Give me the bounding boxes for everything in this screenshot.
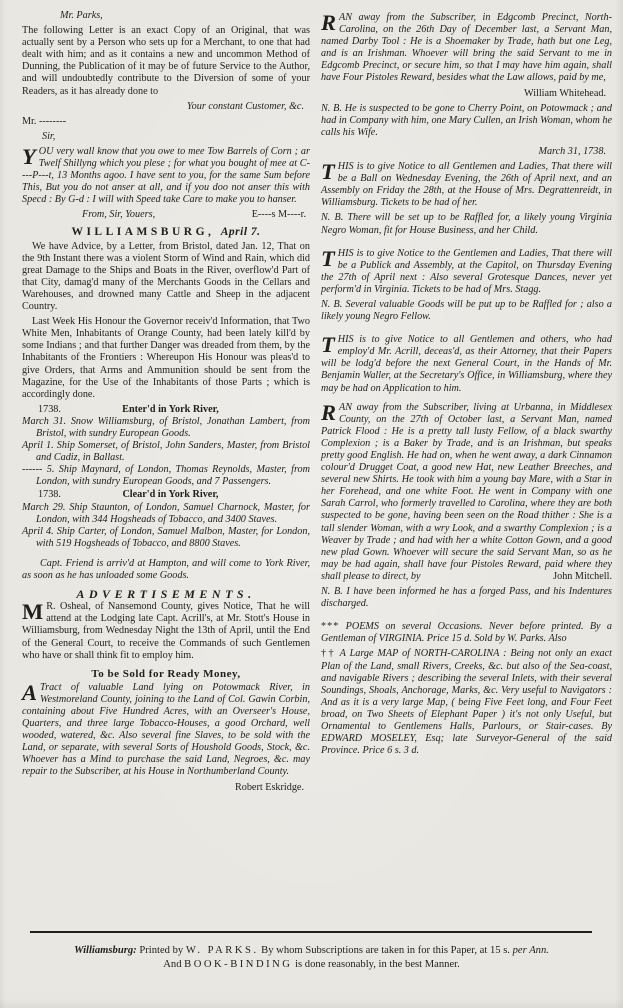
imprint-printedby: Printed by (139, 945, 183, 956)
ship-entry: March 29. Ship Staunton, of London, Samu… (22, 502, 310, 526)
intro-signoff-text: Your constant Customer, &c. (187, 101, 304, 112)
dateline-city: WILLIAMSBURG, (71, 226, 214, 238)
dropcap-T: T (321, 248, 338, 268)
entered-year: 1738. (22, 404, 61, 416)
sale-signature: Robert Eskridge. (22, 782, 310, 794)
letter-salutation: Sir, (22, 131, 310, 143)
poems-advert: *** POEMS on several Occasions. Never be… (321, 621, 612, 645)
ball-dateline: March 31, 1738. (321, 146, 612, 158)
dagger-mark: †† (321, 648, 336, 659)
imprint-place: Williamsburg: (74, 945, 137, 956)
dropcap-M: M (22, 601, 46, 621)
imprint-line2-rest: is done reasonably, in the best Manner. (295, 959, 460, 970)
editor-intro-paragraph: The following Letter is an exact Copy of… (22, 25, 310, 98)
runaway1-signature: William Whitehead. (321, 88, 612, 100)
ship-entry: ------ 5. Ship Maynard, of London, Thoma… (22, 464, 310, 488)
letter-signature-text: E----s M----r. (252, 209, 310, 221)
runaway2-text: AN away from the Subscriber, living at U… (321, 402, 612, 582)
intro-signoff: Your constant Customer, &c. (22, 101, 310, 113)
letter-signature-row: From, Sir, Youers, E----s M----r. (22, 209, 310, 221)
runaway2-signature-text: John Mitchell. (553, 571, 612, 583)
capt-friend-note: Capt. Friend is arriv'd at Hampton, and … (22, 558, 310, 582)
land-sale-notice: ATract of valuable Land lying on Potowma… (22, 682, 310, 779)
cleared-title: Clear'd in York River, (61, 489, 310, 501)
news-storm-paragraph: We have Advice, by a Letter, from Bristo… (22, 241, 310, 314)
williamsburg-dateline: WILLIAMSBURG, April 7. (22, 226, 310, 238)
assembly-text: HIS is to give Notice to the Gentlemen a… (321, 248, 612, 295)
entered-heading-row: 1738. Enter'd in York River, (22, 404, 310, 416)
spacer (22, 550, 310, 558)
ship-entry: March 31. Snow Williamsburg, of Bristol,… (22, 416, 310, 440)
addressee-text: Mr. Parks, (60, 10, 103, 21)
letter-addressee: Mr. Parks, (22, 10, 310, 22)
news-governor-paragraph: Last Week His Honour the Governor receiv… (22, 316, 310, 401)
imprint-bookbinding: BOOK-BINDING (184, 959, 292, 970)
runaway-notice-darby-tool: RAN away from the Subscriber, in Edgcomb… (321, 12, 612, 85)
dropcap-R: R (321, 402, 339, 422)
acrill-notice: THIS is to give Notice to all Gentlemen … (321, 334, 612, 394)
imprint-perann: per Ann. (513, 945, 549, 956)
assembly-nb: N. B. Several valuable Goods will be put… (321, 299, 612, 323)
dropcap-A: A (22, 682, 40, 702)
assembly-notice: THIS is to give Notice to the Gentlemen … (321, 248, 612, 296)
osheal-notice: MR. Osheal, of Nansemond County, gives N… (22, 601, 310, 661)
entered-title: Enter'd in York River, (61, 404, 310, 416)
spacer (321, 240, 612, 248)
cleared-heading-row: 1738. Clear'd in York River, (22, 489, 310, 501)
right-column: RAN away from the Subscriber, in Edgcomb… (321, 12, 612, 760)
poems-text: POEMS on several Occasions. Never before… (321, 621, 612, 644)
runaway-notice-patrick-flood: RAN away from the Subscriber, living at … (321, 402, 612, 583)
imprint-printer: W. PARKS. (186, 945, 259, 956)
dateline-date: April 7. (221, 226, 261, 238)
ball-nb: N. B. There will be set up to be Raffled… (321, 212, 612, 236)
sale-signature-text: Robert Eskridge. (235, 782, 304, 793)
ship-entry: April 4. Ship Carter, of London, Samuel … (22, 526, 310, 550)
sale-heading: To be Sold for Ready Money, (22, 668, 310, 680)
dropcap-T: T (321, 161, 338, 181)
cleared-year: 1738. (22, 489, 61, 501)
imprint-footer: Williamsburg: Printed by W. PARKS. By wh… (0, 944, 623, 971)
spacer (321, 613, 612, 621)
imprint-line2-pre: And (163, 959, 181, 970)
spacer (321, 326, 612, 334)
dropcap-R: R (321, 12, 339, 32)
ball-text: HIS is to give Notice to all Gentlemen a… (321, 161, 612, 208)
letter-body-text: OU very wall know that you owe to mee To… (22, 146, 310, 205)
runaway1-signature-text: William Whitehead. (524, 88, 606, 99)
map-advert: †† A Large MAP of NORTH-CAROLINA : Being… (321, 648, 612, 757)
letter-from-text: From, Sir, Youers, (22, 209, 155, 221)
left-column: Mr. Parks, The following Letter is an ex… (22, 10, 310, 797)
footer-rule (30, 931, 592, 933)
sale-body-text: Tract of valuable Land lying on Potowmac… (22, 682, 310, 778)
acrill-text: HIS is to give Notice to all Gentlemen a… (321, 334, 612, 393)
letter-to-line: Mr. -------- (22, 116, 310, 128)
dunning-letter-body: YOU very wall know that you owe to mee T… (22, 146, 310, 206)
runaway1-text: AN away from the Subscriber, in Edgcomb … (321, 12, 612, 83)
map-text: A Large MAP of NORTH-CAROLINA : Being no… (321, 648, 612, 756)
ball-notice: THIS is to give Notice to all Gentlemen … (321, 161, 612, 209)
ball-date-text: March 31, 1738. (538, 146, 606, 157)
advertisements-heading: ADVERTISEMENTS. (22, 588, 310, 600)
imprint-line1-rest: By whom Subscriptions are taken in for t… (261, 945, 510, 956)
dropcap-T: T (321, 334, 338, 354)
runaway1-nb: N. B. He is suspected to be gone to Cher… (321, 103, 612, 139)
dropcap-Y: Y (22, 146, 39, 166)
osheal-text: R. Osheal, of Nansemond County, gives No… (22, 601, 310, 660)
imprint-line2: And BOOK-BINDING is done reasonably, in … (0, 958, 623, 972)
ship-entry: April 1. Ship Somerset, of Bristol, John… (22, 440, 310, 464)
runaway2-nb: N. B. I have been informed he has a forg… (321, 586, 612, 610)
asterism-mark: *** (321, 621, 339, 632)
imprint-line1: Williamsburg: Printed by W. PARKS. By wh… (0, 944, 623, 958)
